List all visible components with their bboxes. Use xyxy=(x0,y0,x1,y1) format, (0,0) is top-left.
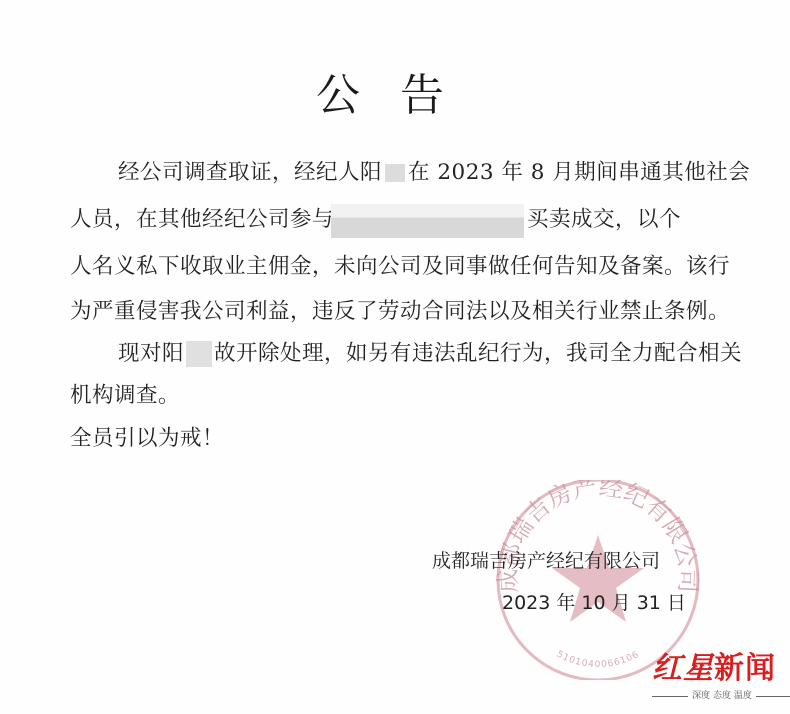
paragraph1-line1: 经公司调查取证，经纪人阳在 2023 年 8 月期间串通其他社会 xyxy=(118,158,750,188)
svg-text:成都瑞吉房产经纪有限公司: 成都瑞吉房产经纪有限公司 xyxy=(494,480,703,594)
watermark-logo: 红星新闻 xyxy=(652,650,776,688)
paragraph2-line2: 机构调查。 xyxy=(70,381,180,411)
redacted-property xyxy=(331,204,524,238)
paragraph1-line2-before: 人员，在其他经纪公司参与 xyxy=(70,207,334,232)
paragraph2-line1: 现对阳故开除处理，如另有违法乱纪行为，我司全力配合相关 xyxy=(118,339,742,369)
watermark-brand-part1: 红星 xyxy=(652,651,714,686)
signature-company: 成都瑞吉房产经纪有限公司 xyxy=(432,548,660,574)
document-title: 公告 xyxy=(0,68,760,124)
hongxing-news-watermark: 红星新闻 深度 态度 温度 xyxy=(652,650,780,710)
paragraph2-line1-after: 故开除处理，如另有违法乱纪行为，我司全力配合相关 xyxy=(214,341,742,366)
divider xyxy=(756,696,790,697)
paragraph1-line1-after: 在 2023 年 8 月期间串通其他社会 xyxy=(408,160,750,185)
watermark-slogan-row: 深度 态度 温度 xyxy=(652,690,790,702)
paragraph1-line3: 人名义私下收取业主佣金，未向公司及同事做任何告知及备案。该行 xyxy=(70,252,730,282)
paragraph1-line2: 人员，在其他经纪公司参与 xyxy=(70,205,334,235)
paragraph1-line4: 为严重侵害我公司利益，违反了劳动合同法以及相关行业禁止条例。 xyxy=(70,297,730,327)
paragraph1-line2-tail: 买卖成交，以个 xyxy=(527,205,681,235)
paragraph2-line1-before: 现对阳 xyxy=(118,341,184,366)
divider xyxy=(652,696,688,697)
watermark-slogan: 深度 态度 温度 xyxy=(692,690,752,702)
signature-date: 2023 年 10 月 31 日 xyxy=(502,590,686,616)
paragraph1-line1-before: 经公司调查取证，经纪人阳 xyxy=(118,160,382,185)
redacted-name-2 xyxy=(186,341,212,367)
svg-text:5101040066106: 5101040066106 xyxy=(555,649,641,670)
paragraph1-line2-after: 买卖成交，以个 xyxy=(527,207,681,232)
closing-line: 全员引以为戒！ xyxy=(70,424,224,454)
watermark-brand-part2: 新闻 xyxy=(714,651,776,686)
redacted-name xyxy=(385,164,405,182)
notice-document: 公告 经公司调查取证，经纪人阳在 2023 年 8 月期间串通其他社会 人员，在… xyxy=(0,0,790,714)
